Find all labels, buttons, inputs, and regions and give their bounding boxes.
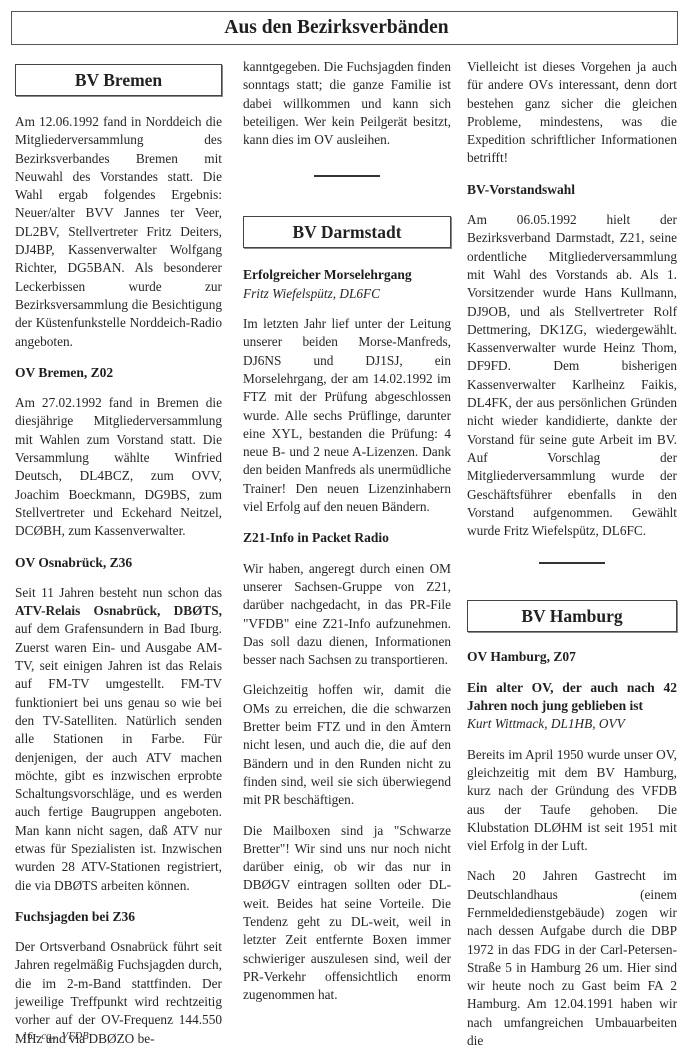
- heading-ov-bremen: OV Bremen, Z02: [15, 364, 222, 382]
- ov-bremen-text: Am 27.02.1992 fand in Bremen die diesjäh…: [15, 394, 222, 540]
- ov-hamburg-p2: Nach 20 Jahren Gastrecht im Deutschlandh…: [467, 867, 677, 1050]
- heading-bv-vorstandswahl: BV-Vorstandswahl: [467, 181, 677, 199]
- section-title-bv-hamburg: BV Hamburg: [521, 607, 622, 625]
- section-divider: [314, 175, 380, 177]
- packet-radio-p1: Wir haben, angeregt durch einen OM unser…: [243, 560, 451, 670]
- middle-column: kanntgegeben. Die Fuchsjagden finden son…: [243, 58, 451, 1004]
- heading-fuchsjagden: Fuchsjagden bei Z36: [15, 908, 222, 926]
- section-title-bv-bremen: BV Bremen: [75, 71, 162, 89]
- right-column: Vielleicht ist dieses Vorgehen ja auch f…: [467, 58, 677, 1050]
- heading-ov-hamburg: OV Hamburg, Z07: [467, 648, 677, 666]
- left-column: BV Bremen Am 12.06.1992 fand in Norddeic…: [15, 64, 222, 1048]
- section-box-bv-hamburg: BV Hamburg: [467, 600, 677, 632]
- page-title: Aus den Bezirksverbänden: [224, 17, 448, 39]
- atv-relais-name: ATV-Relais Osnabrück, DBØTS,: [15, 603, 222, 618]
- page-title-box: Aus den Bezirksverbänden: [11, 11, 678, 45]
- article-title-hamburg: Ein alter OV, der auch nach 42 Jahren no…: [467, 679, 677, 716]
- section-box-bv-darmstadt: BV Darmstadt: [243, 216, 451, 248]
- author-morselehrgang: Fritz Wiefelspütz, DL6FC: [243, 285, 451, 303]
- bremen-intro: Am 12.06.1992 fand in Norddeich die Mitg…: [15, 113, 222, 351]
- osnabrueck-text-before: Seit 11 Jahren besteht nun schon das: [15, 585, 222, 600]
- ov-hamburg-p1: Bereits im April 1950 wurde unser OV, gl…: [467, 746, 677, 856]
- fuchsjagden-continuation: kanntgegeben. Die Fuchsjagden finden son…: [243, 58, 451, 149]
- packet-radio-p3: Die Mailboxen sind ja "Schwarze Bretter"…: [243, 822, 451, 1005]
- heading-ov-osnabrueck: OV Osnabrück, Z36: [15, 554, 222, 572]
- bv-vorstandswahl-text: Am 06.05.1992 hielt der Bezirksverband D…: [467, 211, 677, 540]
- heading-morselehrgang: Erfolgreicher Morselehrgang: [243, 266, 451, 284]
- section-divider: [539, 562, 605, 564]
- osnabrueck-text-after: auf dem Grafensundern in Bad Iburg. Zuer…: [15, 621, 222, 892]
- heading-packet-radio: Z21-Info in Packet Radio: [243, 529, 451, 547]
- section-title-bv-darmstadt: BV Darmstadt: [292, 223, 401, 241]
- morselehrgang-text: Im letzten Jahr lief unter der Leitung u…: [243, 315, 451, 516]
- packet-radio-p2: Gleichzeitig hoffen wir, damit die OMs z…: [243, 681, 451, 809]
- page-footer: - 16 - cq... VFDB: [16, 1031, 89, 1042]
- packet-radio-continuation: Vielleicht ist dieses Vorgehen ja auch f…: [467, 58, 677, 168]
- ov-osnabrueck-text: Seit 11 Jahren besteht nun schon das ATV…: [15, 584, 222, 895]
- section-box-bv-bremen: BV Bremen: [15, 64, 222, 96]
- author-hamburg: Kurt Wittmack, DL1HB, OVV: [467, 715, 677, 733]
